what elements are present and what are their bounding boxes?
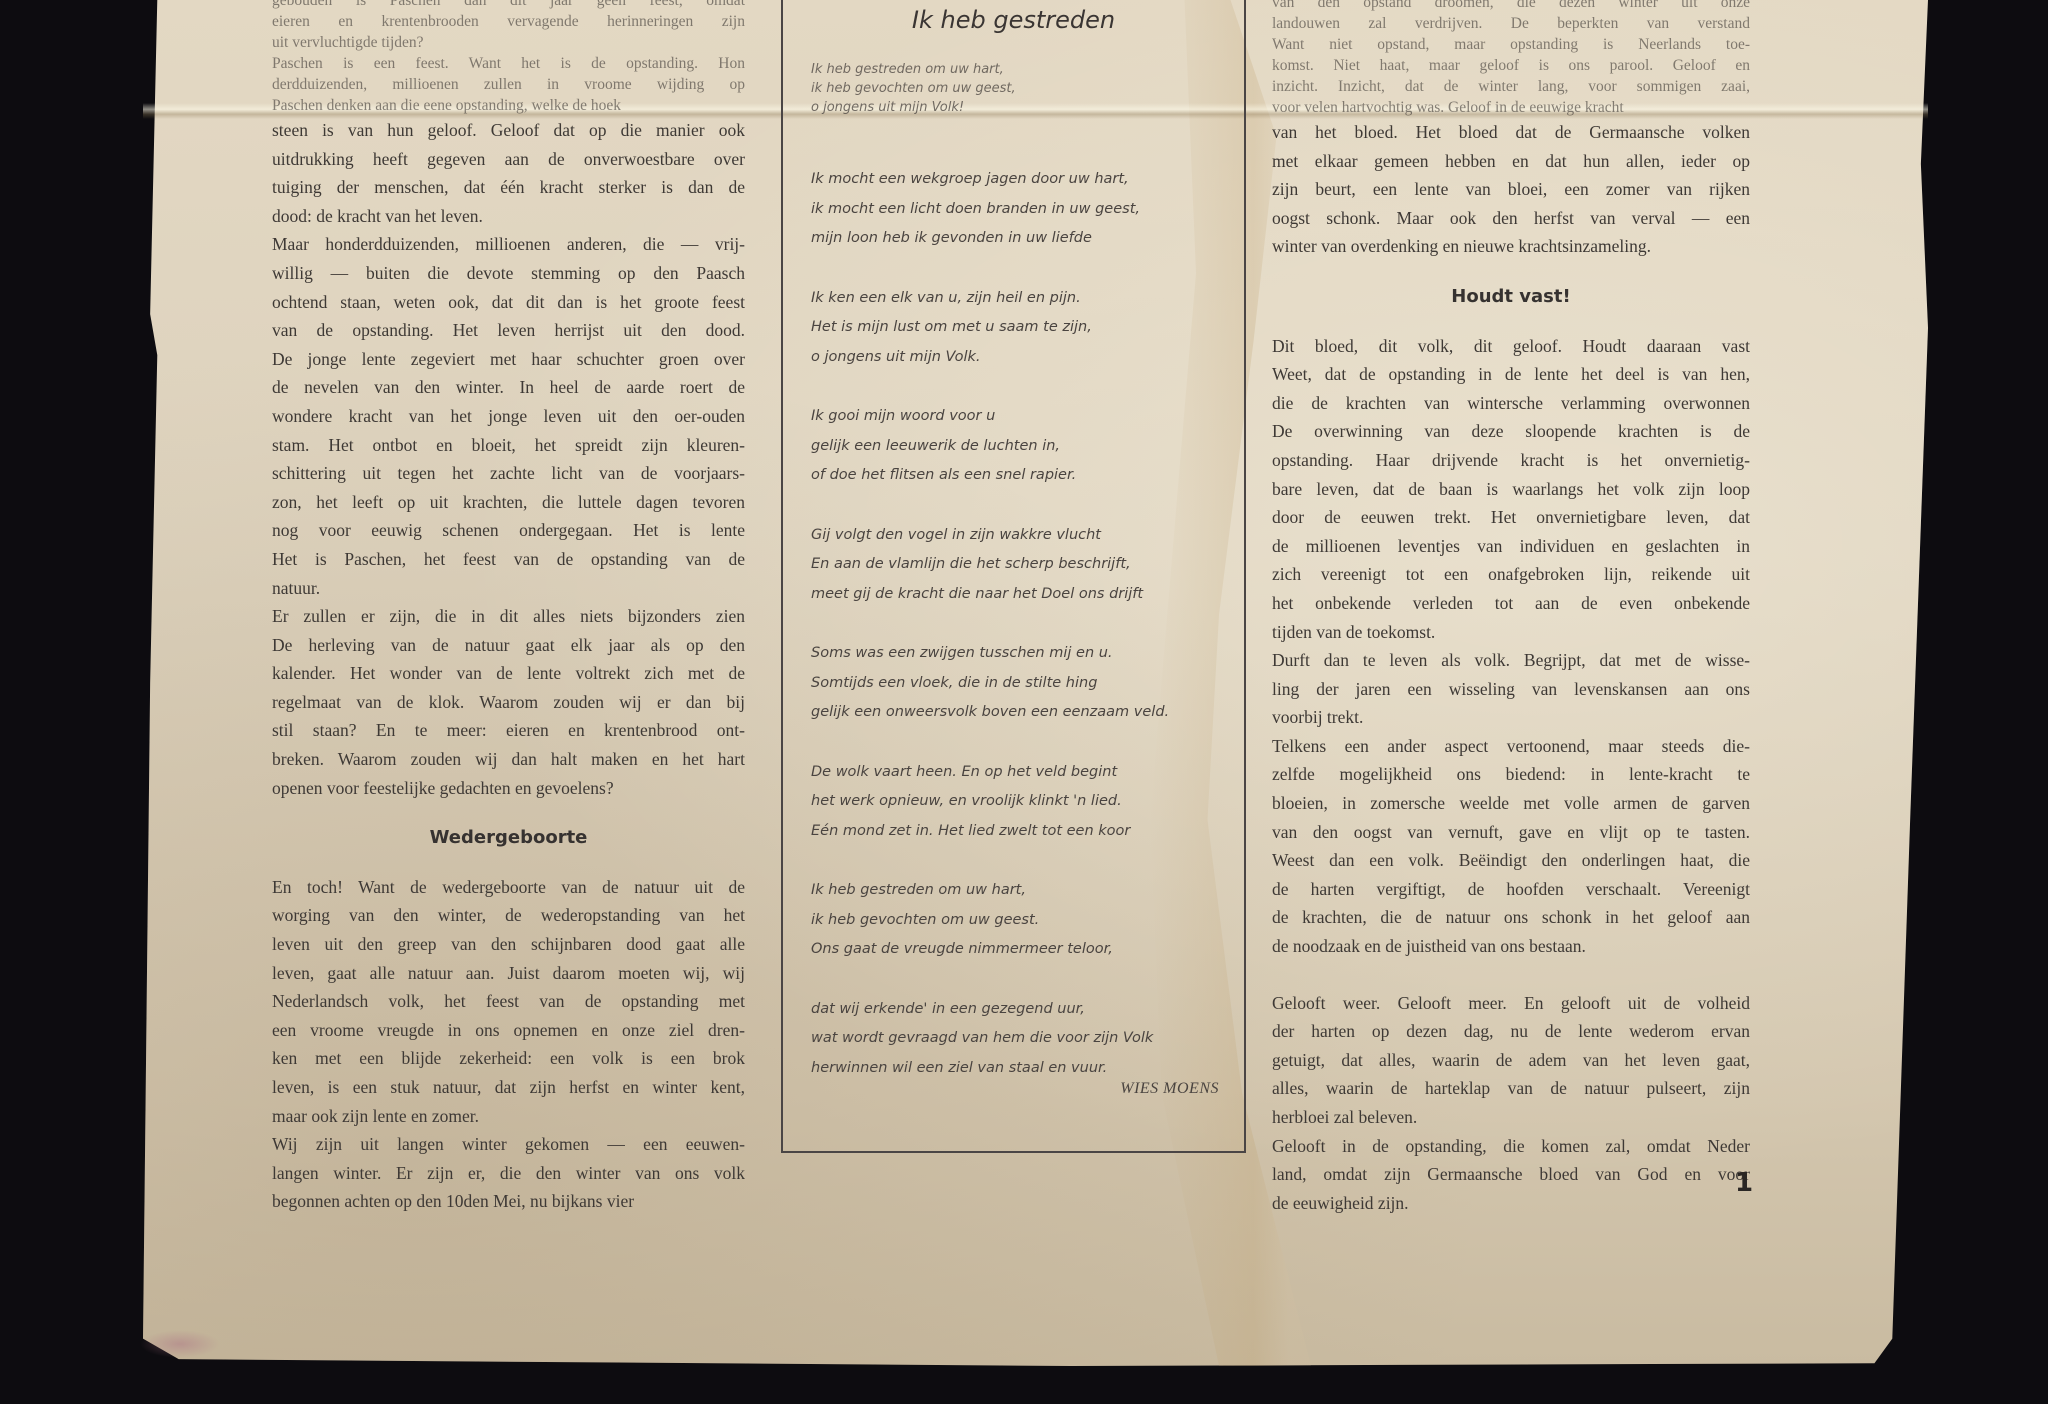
text-line: langen winter. Er zijn er, die den winte… bbox=[272, 1159, 745, 1188]
poem-line: Ik heb gestreden om uw hart, bbox=[811, 876, 1221, 906]
text-line: leven, is een stuk natuur, dat zijn herf… bbox=[272, 1073, 745, 1102]
poem-line: het werk opnieuw, en vroolijk klinkt 'n … bbox=[811, 787, 1221, 817]
poem-title: Ik heb gestreden bbox=[783, 6, 1244, 34]
text-line: kalender. Het wonder van de lente voltre… bbox=[272, 659, 745, 688]
poem-line: Ik ken een elk van u, zijn heil en pijn. bbox=[811, 284, 1221, 314]
text-line: Weest dan een volk. Beëindigt den onderl… bbox=[1272, 846, 1750, 875]
text-line: van den opstand droomen, die dezen winte… bbox=[1272, 0, 1750, 13]
poem-line: gelijk een onweersvolk boven een eenzaam… bbox=[811, 698, 1221, 728]
text-line: van den oogst van vernuft, gave en vlijt… bbox=[1272, 818, 1750, 847]
poem-box: Ik heb gestreden Ik heb gestreden om uw … bbox=[781, 0, 1246, 1153]
text-line: zijn beurt, een lente van bloei, een zom… bbox=[1272, 175, 1750, 204]
text-line: de noodzaak en de juistheid van ons best… bbox=[1272, 932, 1750, 961]
poem-line: mijn loon heb ik gevonden in uw liefde bbox=[811, 224, 1221, 254]
text-line: nog voor eeuwig schenen ondergegaan. Het… bbox=[272, 516, 745, 545]
text-line: breken. Waarom zouden wij dan halt maken… bbox=[272, 745, 745, 774]
text-line: de nevelen van den winter. In heel de aa… bbox=[272, 373, 745, 402]
poem-stanza: Gij volgt den vogel in zijn wakkre vluch… bbox=[811, 521, 1221, 610]
poem-stanza: Ik heb gestreden om uw hart,ik heb gevoc… bbox=[811, 60, 1221, 117]
poem-line: ik mocht een licht doen branden in uw ge… bbox=[811, 195, 1221, 225]
text-line: de harten vergiftigt, de hoofden verscha… bbox=[1272, 875, 1750, 904]
right-column-body: van het bloed. Het bloed dat de Germaans… bbox=[1272, 118, 1750, 261]
ink-stain bbox=[140, 1330, 220, 1358]
poem-line: De wolk vaart heen. En op het veld begin… bbox=[811, 758, 1221, 788]
poem-line: Somtijds een vloek, die in de stilte hin… bbox=[811, 669, 1221, 699]
text-line: voor velen hartvochtig was. Geloof in de… bbox=[1272, 97, 1750, 118]
text-line: Het is Paschen, het feest van de opstand… bbox=[272, 545, 745, 574]
text-line: regelmaat van de klok. Waarom zouden wij… bbox=[272, 688, 745, 717]
poem-author: WIES MOENS bbox=[1120, 1080, 1219, 1098]
text-line: dood: de kracht van het leven. bbox=[272, 202, 745, 231]
text-line: wondere kracht van het jonge leven uit d… bbox=[272, 402, 745, 431]
text-line: De herleving van de natuur gaat elk jaar… bbox=[272, 631, 745, 660]
right-column-body-2: Dit bloed, dit volk, dit geloof. Houdt d… bbox=[1272, 332, 1750, 961]
text-line: Durft dan te leven als volk. Begrijpt, d… bbox=[1272, 646, 1750, 675]
text-line: leven uit den greep van den schijnbaren … bbox=[272, 930, 745, 959]
text-line: komst. Niet haat, maar geloof is ons par… bbox=[1272, 55, 1750, 76]
text-line: van de opstanding. Het leven herrijst ui… bbox=[272, 316, 745, 345]
right-column-closing: Gelooft weer. Gelooft meer. En gelooft u… bbox=[1272, 989, 1750, 1218]
text-line: winter van overdenking en nieuwe krachts… bbox=[1272, 232, 1750, 261]
right-column-faint-lines: van den opstand droomen, die dezen winte… bbox=[1272, 0, 1750, 118]
poem-line: Het is mijn lust om met u saam te zijn, bbox=[811, 313, 1221, 343]
text-line: Gelooft weer. Gelooft meer. En gelooft u… bbox=[1272, 989, 1750, 1018]
text-line: uitdrukking heeft gegeven aan de onverwo… bbox=[272, 145, 745, 174]
text-line: die de krachten van wintersche verlammin… bbox=[1272, 389, 1750, 418]
text-line: een vroome vreugde in ons opnemen en onz… bbox=[272, 1016, 745, 1045]
text-line: alles, waarin de harteklap van de natuur… bbox=[1272, 1074, 1750, 1103]
text-line: Weet, dat de opstanding in de lente het … bbox=[1272, 360, 1750, 389]
text-line: Want niet opstand, maar opstanding is Ne… bbox=[1272, 34, 1750, 55]
poem-line: wat wordt gevraagd van hem die voor zijn… bbox=[811, 1024, 1221, 1054]
text-line: oogst schonk. Maar ook den herfst van ve… bbox=[1272, 204, 1750, 233]
text-line: Nederlandsch volk, het feest van de opst… bbox=[272, 987, 745, 1016]
section-heading-wedergeboorte: Wedergeboorte bbox=[272, 824, 745, 853]
left-column: gebouden is Paschen dan dit jaar geen fe… bbox=[272, 0, 745, 1216]
poem-line: En aan de vlamlijn die het scherp beschr… bbox=[811, 550, 1221, 580]
text-line: worging van den winter, de wederopstandi… bbox=[272, 901, 745, 930]
poem-stanza: Ik gooi mijn woord voor ugelijk een leeu… bbox=[811, 402, 1221, 491]
text-line: En toch! Want de wedergeboorte van de na… bbox=[272, 873, 745, 902]
text-line: van het bloed. Het bloed dat de Germaans… bbox=[1272, 118, 1750, 147]
text-line: gebouden is Paschen dan dit jaar geen fe… bbox=[272, 0, 745, 11]
text-line: begonnen achten op den 10den Mei, nu bij… bbox=[272, 1187, 745, 1216]
text-line: steen is van hun geloof. Geloof dat op d… bbox=[272, 116, 745, 145]
text-line: het onbekende verleden tot aan de even o… bbox=[1272, 589, 1750, 618]
poem-line: dat wij erkende' in een gezegend uur, bbox=[811, 995, 1221, 1025]
poem-line: o jongens uit mijn Volk. bbox=[811, 343, 1221, 373]
text-line: Maar honderdduizenden, millioenen andere… bbox=[272, 230, 745, 259]
text-line: Paschen denken aan die eene opstanding, … bbox=[272, 95, 745, 116]
text-line: natuur. bbox=[272, 574, 745, 603]
text-line: ochtend staan, weten ook, dat dit dan is… bbox=[272, 288, 745, 317]
text-line: herbloei zal beleven. bbox=[1272, 1103, 1750, 1132]
text-line: tuiging der menschen, dat één kracht ste… bbox=[272, 173, 745, 202]
text-line: zon, het leeft op uit krachten, die lutt… bbox=[272, 488, 745, 517]
text-line: land, omdat zijn Germaansche bloed van G… bbox=[1272, 1160, 1750, 1189]
text-line: bloeien, in zomersche weelde met volle a… bbox=[1272, 789, 1750, 818]
poem-line: Gij volgt den vogel in zijn wakkre vluch… bbox=[811, 521, 1221, 551]
text-line: maar ook zijn lente en zomer. bbox=[272, 1102, 745, 1131]
text-line: door de eeuwen trekt. Het onvernietigbar… bbox=[1272, 503, 1750, 532]
poem-line: o jongens uit mijn Volk! bbox=[811, 98, 1221, 117]
left-column-faint-lines: gebouden is Paschen dan dit jaar geen fe… bbox=[272, 0, 745, 116]
poem-line: Ons gaat de vreugde nimmermeer teloor, bbox=[811, 935, 1221, 965]
poem-line: Eén mond zet in. Het lied zwelt tot een … bbox=[811, 817, 1221, 847]
poem-stanza: Ik ken een elk van u, zijn heil en pijn.… bbox=[811, 284, 1221, 373]
page-number: 1 bbox=[1735, 1168, 1753, 1198]
poem-line: ik heb gevochten om uw geest. bbox=[811, 906, 1221, 936]
left-column-body: steen is van hun geloof. Geloof dat op d… bbox=[272, 116, 745, 802]
text-line: stam. Het ontbot en bloeit, het spreidt … bbox=[272, 431, 745, 460]
text-line: opstanding. Haar drijvende kracht is het… bbox=[1272, 446, 1750, 475]
text-line: uit vervluchtigde tijden? bbox=[272, 32, 745, 53]
left-column-body-2: En toch! Want de wedergeboorte van de na… bbox=[272, 873, 745, 1216]
poem-line: Ik heb gestreden om uw hart, bbox=[811, 60, 1221, 79]
text-line: inzicht. Inzicht, dat de winter lang, vo… bbox=[1272, 76, 1750, 97]
text-line: willig — buiten die devote stemming op d… bbox=[272, 259, 745, 288]
text-line: der harten op dezen dag, nu de lente wed… bbox=[1272, 1017, 1750, 1046]
right-column: van den opstand droomen, die dezen winte… bbox=[1272, 0, 1750, 1217]
text-line: de millioenen leventjes van individuen e… bbox=[1272, 532, 1750, 561]
text-line: getuigt, dat alles, waarin de adem van h… bbox=[1272, 1046, 1750, 1075]
poem-line: meet gij de kracht die naar het Doel ons… bbox=[811, 580, 1221, 610]
text-line: openen voor feestelijke gedachten en gev… bbox=[272, 774, 745, 803]
text-line: Telkens een ander aspect vertoonend, maa… bbox=[1272, 732, 1750, 761]
text-line: de krachten, die de natuur ons schonk in… bbox=[1272, 903, 1750, 932]
text-line: tijden van de toekomst. bbox=[1272, 618, 1750, 647]
text-line: De jonge lente zegeviert met haar schuch… bbox=[272, 345, 745, 374]
poem-stanza: Ik mocht een wekgroep jagen door uw hart… bbox=[811, 165, 1221, 254]
poem-stanza: Ik heb gestreden om uw hart,ik heb gevoc… bbox=[811, 876, 1221, 965]
text-line: schittering uit tegen het zachte licht v… bbox=[272, 459, 745, 488]
text-line: eieren en krentenbrooden vervagende heri… bbox=[272, 11, 745, 32]
poem-line: Ik mocht een wekgroep jagen door uw hart… bbox=[811, 165, 1221, 195]
text-line: stil staan? En te meer: eieren en krente… bbox=[272, 716, 745, 745]
text-line: ling der jaren een wisseling van levensk… bbox=[1272, 675, 1750, 704]
text-line: Er zullen er zijn, die in dit alles niet… bbox=[272, 602, 745, 631]
text-line: voorbij trekt. bbox=[1272, 703, 1750, 732]
poem-stanza: De wolk vaart heen. En op het veld begin… bbox=[811, 758, 1221, 847]
text-line: Paschen is een feest. Want het is de ops… bbox=[272, 53, 745, 74]
poem-stanza: Soms was een zwijgen tusschen mij en u.S… bbox=[811, 639, 1221, 728]
text-line: derdduizenden, millioenen zullen in vroo… bbox=[272, 74, 745, 95]
text-line: landouwen zal verdrijven. De beperkten v… bbox=[1272, 13, 1750, 34]
poem-line: Soms was een zwijgen tusschen mij en u. bbox=[811, 639, 1221, 669]
poem-line: herwinnen wil een ziel van staal en vuur… bbox=[811, 1054, 1221, 1084]
poem-stanza: dat wij erkende' in een gezegend uur,wat… bbox=[811, 995, 1221, 1084]
poem-line: of doe het flitsen als een snel rapier. bbox=[811, 461, 1221, 491]
text-line: Dit bloed, dit volk, dit geloof. Houdt d… bbox=[1272, 332, 1750, 361]
poem-body: Ik heb gestreden om uw hart,ik heb gevoc… bbox=[811, 60, 1221, 1113]
text-line: met elkaar gemeen hebben en dat hun alle… bbox=[1272, 147, 1750, 176]
text-line: ken met een blijde zekerheid: een volk i… bbox=[272, 1044, 745, 1073]
text-line: leven, gaat alle natuur aan. Juist daaro… bbox=[272, 959, 745, 988]
text-line: zelfde mogelijkheid ons biedend: in lent… bbox=[1272, 760, 1750, 789]
text-line: Gelooft in de opstanding, die komen zal,… bbox=[1272, 1132, 1750, 1161]
text-line: bare leven, dat de baan is waarlangs het… bbox=[1272, 475, 1750, 504]
poem-line: Ik gooi mijn woord voor u bbox=[811, 402, 1221, 432]
text-line: de eeuwigheid zijn. bbox=[1272, 1189, 1750, 1218]
text-line: De overwinning van deze sloopende kracht… bbox=[1272, 417, 1750, 446]
poem-line: ik heb gevochten om uw geest, bbox=[811, 79, 1221, 98]
text-line: zich vereenigt tot een onafgebroken lijn… bbox=[1272, 560, 1750, 589]
poem-line: gelijk een leeuwerik de luchten in, bbox=[811, 432, 1221, 462]
text-line: Wij zijn uit langen winter gekomen — een… bbox=[272, 1130, 745, 1159]
section-heading-houdt-vast: Houdt vast! bbox=[1272, 283, 1750, 312]
